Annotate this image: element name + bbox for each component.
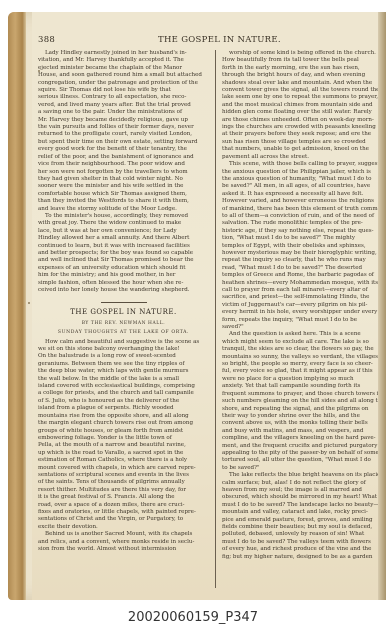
text-line: of S. Julio, who is honoured as the deli… [38, 398, 209, 405]
text-line: fig; but my higher nature, designed to b… [222, 554, 382, 561]
text-line: read, "What must I do to be saved?" The … [222, 265, 382, 272]
text-line: and busy with matins, and mass, and vesp… [222, 428, 382, 435]
page-number: 388 [38, 35, 55, 45]
text-line: frequent summons to prayer, and those ch… [222, 391, 382, 398]
text-line: repeat the inquiry so clearly, that he w… [222, 257, 382, 264]
text-line: and better prospects; for the boy was fo… [38, 250, 209, 257]
text-line: ings the churches are crowded with peasa… [222, 124, 382, 131]
text-line: her son were not forgotten by the travel… [38, 169, 209, 176]
text-line: embowering foliage. Yonder is the little… [38, 435, 209, 442]
text-line: asked it. It has expressed a necessity a… [222, 191, 382, 198]
paragraph: The lake reflects the blue bright heaven… [222, 472, 382, 561]
text-line: And the question is asked here. This is … [222, 331, 382, 338]
paragraph: This scene, with those bells calling to … [222, 161, 382, 331]
text-line: to all of them—a conviction of ruin, and… [222, 213, 382, 220]
text-line: shore, and repeating the signal, and the… [222, 406, 382, 413]
text-line: How calm and beautiful and suggestive is… [38, 339, 209, 346]
right-column: worship of some kind is being offered in… [222, 50, 382, 561]
paper-speck [28, 302, 30, 304]
text-line: the margin elegant church towers rise ou… [38, 420, 209, 427]
text-line: vitation, and Mr. Harvey thankfully acce… [38, 57, 209, 64]
paper-speck [38, 70, 40, 72]
text-line: ful, every voice so glad, that it might … [222, 368, 382, 375]
text-line: island covered with ecclesiastical build… [38, 383, 209, 390]
text-line: that numbers, unable to get admission, k… [222, 146, 382, 153]
text-line: sentations of Christ and the Virgin, or … [38, 516, 209, 523]
text-line: we sit on this stone balcony overhanging… [38, 346, 209, 353]
text-line: call to prayer from each tall minaret—ev… [222, 287, 382, 294]
text-line: so bright, the people so merry, every fa… [222, 361, 382, 368]
text-line: pice and emerald pasture, forest, groves… [222, 517, 382, 524]
left-column: Lady Hindley earnestly joined in her hus… [38, 50, 209, 553]
text-line: simple fashion, often blessed the hour w… [38, 280, 209, 287]
text-line: mountains so sunny, the valleys so verda… [222, 354, 382, 361]
text-line: it is the great festival of S. Francis. … [38, 494, 209, 501]
text-line: polluted, debased, unlovely by reason of… [222, 531, 382, 538]
text-line: at their prayers before they seek repose… [222, 131, 382, 138]
section-divider-rule [101, 302, 147, 303]
text-line: heaven from my soul; the image is all ma… [222, 487, 382, 494]
text-line: and relics, and a convent, where monks r… [38, 539, 209, 546]
text-line: mountains rise from the opposite shore, … [38, 413, 209, 420]
text-line: which might seem to exclude all care. Th… [222, 339, 382, 346]
text-line: island from a plague of serpents. Richly… [38, 405, 209, 412]
text-line: However varied, and however erroneous th… [222, 198, 382, 205]
text-line: forth in the early morning, ere the sun … [222, 65, 382, 72]
text-line: On the balustrade is a long row of sweet… [38, 353, 209, 360]
text-line: of mankind, there has been this element … [222, 206, 382, 213]
text-line: than they invited the Westfords to share… [38, 198, 209, 205]
text-line: geraniums. Between them we see the tiny … [38, 361, 209, 368]
text-line: road, over a space of a dozen miles, the… [38, 502, 209, 509]
article-subtitle: SUNDAY THOUGHTS AT THE LAKE OF ORTA. [38, 329, 209, 336]
text-line: expenses of an university education whic… [38, 265, 209, 272]
text-line: must I do to be saved? The landscape lac… [222, 502, 382, 509]
text-line: heathen shrines—every Mohammedan mosque,… [222, 280, 382, 287]
text-line: congregation, under the patronage and pr… [38, 80, 209, 87]
text-line: anxiety. Yet that tall campanile soundin… [222, 383, 382, 390]
text-line: Mr. Harvey they became decidedly religio… [38, 117, 209, 124]
story-text: Lady Hindley earnestly joined in her hus… [38, 50, 209, 294]
text-line: but spent their time on their own estate… [38, 139, 209, 146]
article-text: How calm and beautiful and suggestive is… [38, 339, 209, 554]
text-line: returned to the profligate court, rarely… [38, 131, 209, 138]
text-line: To the minister's house, accordingly, th… [38, 213, 209, 220]
text-line: The lake reflects the blue bright heaven… [222, 472, 382, 479]
page-surface: 388 THE GOSPEL IN NATURE. Lady Hindley e… [32, 12, 378, 600]
text-line: comfortable house which Sir Thomas assig… [38, 191, 209, 198]
text-line: of the saints. Tens of thousands of pilg… [38, 479, 209, 486]
text-line: serious illness. Contrary to all expecta… [38, 94, 209, 101]
text-line: the anxious question of humanity, "What … [222, 176, 382, 183]
paragraph: To the minister's house, accordingly, th… [38, 213, 209, 294]
text-line: Pella, at the mouth of a narrow and beau… [38, 442, 209, 449]
paragraph: And the question is asked here. This is … [222, 331, 382, 472]
text-line: be saved?" All men, in all ages, of all … [222, 183, 382, 190]
image-id-caption: 20020060159_P347 [0, 610, 386, 625]
text-line: Behind us is another Sacred Mount, with … [38, 531, 209, 538]
text-line: with great joy. There the widow continue… [38, 220, 209, 227]
text-line: continued to learn, but it was with incr… [38, 243, 209, 250]
text-line: ejected minister became the chaplain of … [38, 65, 209, 72]
text-line: were no place for a question implying so… [222, 376, 382, 383]
text-line: the wall below. In the middle of the lak… [38, 376, 209, 383]
text-line: obscured, which should be mirrored in my… [222, 494, 382, 501]
text-line: are those chimes unheeded. Often on week… [222, 117, 382, 124]
scanned-book-page: 388 THE GOSPEL IN NATURE. Lady Hindley e… [8, 12, 386, 600]
text-line: compline, and the villagers kneeling on … [222, 435, 382, 442]
text-line: Lady Hindley earnestly joined in her hus… [38, 50, 209, 57]
page-gutter-shadow [378, 12, 386, 600]
text-line: sion from the world. Almost without inte… [38, 546, 209, 553]
paragraph: Behind us is another Sacred Mount, with … [38, 531, 209, 553]
text-line: sacrifice, and priest—the self-immolatin… [222, 294, 382, 301]
text-line: they had given shelter in that cold wint… [38, 176, 209, 183]
text-line: the deep blue water, which laps with gen… [38, 368, 209, 375]
text-line: their way to yonder shrine over the hill… [222, 413, 382, 420]
text-line: estimation of Roman Catholics, where the… [38, 457, 209, 464]
text-line: This scene, with those bells calling to … [222, 161, 382, 168]
paragraph: Lady Hindley earnestly joined in her hus… [38, 50, 209, 213]
text-line: every hermit in his hole, every worshipp… [222, 309, 382, 316]
text-line: convent above us, with the monks tolling… [222, 420, 382, 427]
running-head: THE GOSPEL IN NATURE. [158, 35, 281, 45]
text-line: fields combine their beauties; but my so… [222, 524, 382, 531]
paragraph: How calm and beautiful and suggestive is… [38, 339, 209, 532]
text-line: lace, but it was at her own convenience;… [38, 228, 209, 235]
text-line: squire. Sir Thomas did not lose his wife… [38, 87, 209, 94]
text-line: to be saved?" [222, 465, 382, 472]
text-line: victim of Juggernaut's car—every pilgrim… [222, 302, 382, 309]
text-line: tranquil, the skies are so clear, the fl… [222, 346, 382, 353]
text-line: the anxious question of the Philippian j… [222, 169, 382, 176]
text-line: must I do to be saved? The valleys teem … [222, 539, 382, 546]
page-header: 388 THE GOSPEL IN NATURE. [38, 35, 378, 47]
text-line: through the bright hours of day, and whe… [222, 72, 382, 79]
text-line: How beautifully from its tall tower the … [222, 57, 382, 64]
text-line: him for the ministry; and his good mothe… [38, 272, 209, 279]
text-line: vered, and lived many years after. But t… [38, 102, 209, 109]
text-line: of every hue, and richest produce of the… [222, 546, 382, 553]
text-line: groups of white houses, or gleam forth f… [38, 428, 209, 435]
paragraph: worship of some kind is being offered in… [222, 50, 382, 161]
text-line: ceived into her lonely house the wanderi… [38, 287, 209, 294]
text-line: such numbers gleaming on the hill sides … [222, 398, 382, 405]
text-line: temples of Greece and Rome, the barbaric… [222, 272, 382, 279]
text-line: the vain pursuits and follies of their f… [38, 124, 209, 131]
text-line: however mysterious may be their hierogly… [222, 250, 382, 257]
text-line: and well inclined that Sir Thomas promis… [38, 257, 209, 264]
text-line: vice from their neighbourhood. The poor … [38, 161, 209, 168]
text-line: Hindley allowed her a small annuity. And… [38, 235, 209, 242]
text-line: tion, "What must I do to be saved?" The … [222, 235, 382, 242]
text-line: sentations of scriptural scenes and even… [38, 472, 209, 479]
text-line: sun has risen those village temples are … [222, 139, 382, 146]
text-line: fixes and oratories, or little chapels, … [38, 509, 209, 516]
text-line: worship of some kind is being offered in… [222, 50, 382, 57]
text-line: hidden glen come floating over the still… [222, 109, 382, 116]
column-divider [215, 50, 216, 588]
text-line: appealing to the pity of the passer-by o… [222, 450, 382, 457]
text-line: tortured soul, all utter the question, "… [222, 457, 382, 464]
text-line: a college for priests, and the church an… [38, 390, 209, 397]
text-line: shadows steal over lake and mountain. An… [222, 80, 382, 87]
text-line: every good work for the benefit of their… [38, 146, 209, 153]
text-line: historic age, if they say nothing else, … [222, 228, 382, 235]
text-line: excite their devotion. [38, 524, 209, 531]
text-line: House, and soon gathered round him a sma… [38, 72, 209, 79]
text-line: saved?" [222, 324, 382, 331]
text-line: convent tower gives the signal, all the … [222, 87, 382, 94]
text-line: pavement all across the street. [222, 154, 382, 161]
text-line: mount covered with chapels, in which are… [38, 465, 209, 472]
text-line: calm surface; but, alas! I do not reflec… [222, 480, 382, 487]
article-title: THE GOSPEL IN NATURE. [38, 309, 209, 316]
text-line: mountain and valley, cataract and lake, … [222, 509, 382, 516]
text-line: form, repeats the inquiry, "What must I … [222, 317, 382, 324]
text-line: and leave the stormy solitude of the Moo… [38, 206, 209, 213]
text-line: salvation. The rude monolithic temples o… [222, 220, 382, 227]
text-line: a saving one to the pair. Under the mini… [38, 109, 209, 116]
text-line: sooner were the minister and his wife se… [38, 183, 209, 190]
text-line: temples of Egypt, with their obelisks an… [222, 243, 382, 250]
text-line: relief of the poor, and the banishment o… [38, 154, 209, 161]
text-line: ment, and the frequent crucifix and pict… [222, 443, 382, 450]
article-byline: BY THE REV. NEWMAN HALL. [38, 320, 209, 327]
text-line: up which is the road to Varallo, a sacre… [38, 450, 209, 457]
text-line: lake seem one by one to repeat the summo… [222, 94, 382, 101]
text-line: resort thither. Multitudes are there thi… [38, 487, 209, 494]
text-line: and the most musical chimes from mountai… [222, 102, 382, 109]
book-fore-edge [8, 12, 26, 600]
